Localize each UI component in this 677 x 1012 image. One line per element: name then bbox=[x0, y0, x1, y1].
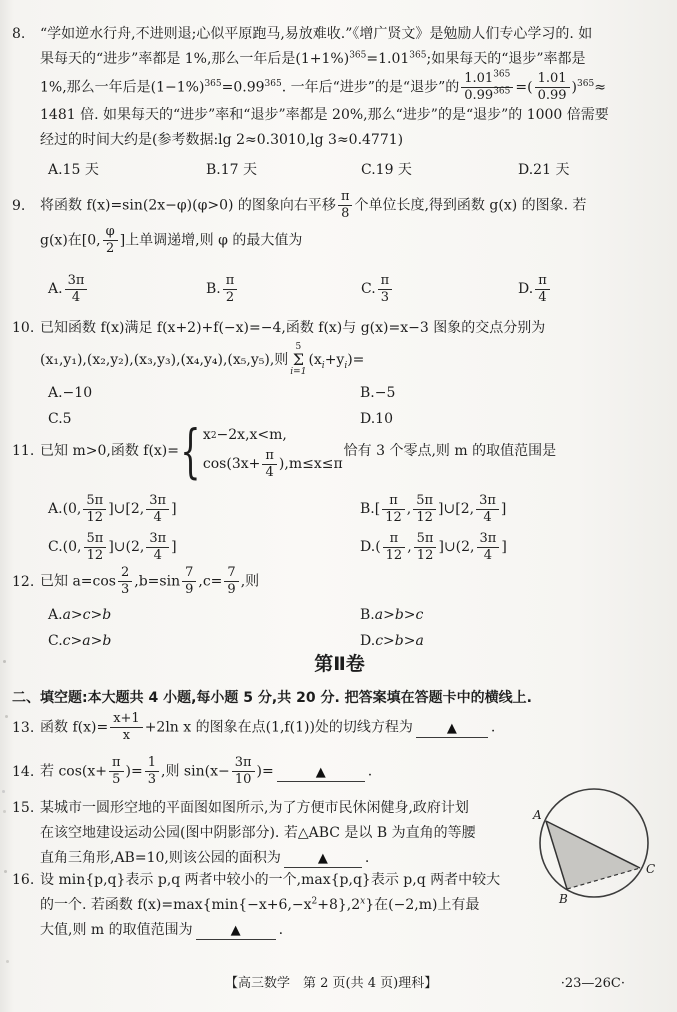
option-c: C.π3 bbox=[361, 274, 518, 305]
option-a: A.15 天 bbox=[48, 158, 206, 183]
option-c: C.(0,5π12]∪(2,3π4] bbox=[48, 532, 360, 563]
fraction: 3π4 bbox=[476, 494, 499, 525]
option-c: C.c>a>b bbox=[48, 629, 360, 654]
question-text-line: 8.“学如逆水行舟,不进则退;心似平原跑马,易放难收.”《增广贤文》是勉励人们专… bbox=[12, 22, 677, 47]
exponent: 365 bbox=[204, 79, 221, 89]
question-text-line: 11.已知 m>0,函数 f(x)={x2−2x,x<m,cos(3x+π4),… bbox=[12, 423, 677, 480]
question-13: 13.函数 f(x)=x+1x+2ln x 的图象在点(1,f(1))处的切线方… bbox=[12, 712, 677, 743]
question-text-line: 经过的时间大约是(参考数据:lg 2≈0.3010,lg 3≈0.4771) bbox=[40, 128, 677, 153]
fraction: 5π12 bbox=[413, 494, 436, 525]
piecewise-row: cos(3x+π4),m≤x≤π bbox=[203, 449, 343, 480]
question-text-line: (x₁,y₁),(x₂,y₂),(x₃,y₃),(x₄,y₄),(x₅,y₅),… bbox=[40, 343, 677, 377]
question-text-line: 在该空地建设运动公园(图中阴影部分). 若△ABC 是以 B 为直角的等腰 bbox=[40, 821, 548, 846]
circle-park-figure: A B C bbox=[531, 781, 665, 909]
curly-brace: { bbox=[180, 427, 200, 476]
fraction: π4 bbox=[535, 274, 550, 305]
fraction: 1.013650.99365 bbox=[461, 72, 513, 103]
exponent: 365 bbox=[577, 79, 594, 89]
fraction: π3 bbox=[378, 274, 393, 305]
exponent: 365 bbox=[493, 87, 510, 97]
fraction: 3π4 bbox=[477, 532, 500, 563]
option-b: B.[π12,5π12]∪[2,3π4] bbox=[360, 494, 677, 525]
question-8: 8.“学如逆水行舟,不进则退;心似平原跑马,易放难收.”《增广贤文》是勉励人们专… bbox=[12, 22, 677, 183]
footer-page-info: 【高三数学 第 2 页(共 4 页)理科】 bbox=[225, 971, 437, 996]
options-grid: A.(0,5π12]∪[2,3π4] B.[π12,5π12]∪[2,3π4] … bbox=[12, 488, 677, 563]
option-b: B.17 天 bbox=[206, 158, 361, 183]
option-a: A.−10 bbox=[48, 381, 360, 406]
fraction: π12 bbox=[383, 532, 406, 563]
option-b: B.π2 bbox=[206, 274, 361, 305]
option-d: D.c>b>a bbox=[360, 629, 677, 654]
fraction: 3π4 bbox=[146, 494, 169, 525]
fraction: π12 bbox=[382, 494, 405, 525]
answer-blank: ▲ bbox=[277, 764, 365, 782]
piecewise-function: {x2−2x,x<m,cos(3x+π4),m≤x≤π bbox=[180, 423, 343, 480]
fraction: 5π12 bbox=[84, 532, 107, 563]
question-text-line: 13.函数 f(x)=x+1x+2ln x 的图象在点(1,f(1))处的切线方… bbox=[12, 712, 677, 743]
question-number: 10. bbox=[12, 316, 40, 341]
page-footer: 【高三数学 第 2 页(共 4 页)理科】 ·23—26C· bbox=[0, 971, 677, 996]
point-label-b: B bbox=[558, 892, 568, 906]
option-d: D.π4 bbox=[518, 274, 677, 305]
answer-marker: ▲ bbox=[318, 851, 328, 866]
option-a: A.(0,5π12]∪[2,3π4] bbox=[48, 494, 360, 525]
fraction: π4 bbox=[262, 449, 277, 480]
question-text-line: 10.已知函数 f(x)满足 f(x+2)+f(−x)=−4,函数 f(x)与 … bbox=[12, 316, 677, 341]
question-text-line: 16.设 min{p,q}表示 p,q 两者中较小的一个,max{p,q}表示 … bbox=[12, 868, 548, 893]
question-10: 10.已知函数 f(x)满足 f(x+2)+f(−x)=−4,函数 f(x)与 … bbox=[12, 316, 677, 432]
fraction: 5π12 bbox=[414, 532, 437, 563]
section-title: 第Ⅱ卷 bbox=[12, 652, 667, 677]
question-number: 8. bbox=[12, 22, 40, 47]
question-text-line: g(x)在[0,φ2]上单调递增,则 φ 的最大值为 bbox=[40, 225, 677, 256]
point-label-c: C bbox=[646, 862, 655, 876]
answer-blank: ▲ bbox=[196, 922, 276, 940]
exponent: 365 bbox=[265, 79, 282, 89]
question-12: 12.已知 a=cos23,b=sin79,c=79,则 A.a>c>b B.a… bbox=[12, 566, 677, 654]
answer-marker: ▲ bbox=[447, 721, 457, 736]
fraction: x+1x bbox=[110, 712, 143, 743]
fraction: π8 bbox=[338, 190, 353, 221]
question-11: 11.已知 m>0,函数 f(x)={x2−2x,x<m,cos(3x+π4),… bbox=[12, 423, 677, 563]
options-row: A.3π4 B.π2 C.π3 D.π4 bbox=[12, 268, 677, 305]
fraction: 79 bbox=[182, 566, 196, 597]
question-text-line: 1481 倍. 如果每天的“进步”率和“退步”率都是 20%,那么“进步”的是“… bbox=[40, 103, 677, 128]
fraction: 79 bbox=[224, 566, 238, 597]
question-text-line: 9.将函数 f(x)=sin(2x−φ)(φ>0) 的图象向右平移π8个单位长度… bbox=[12, 190, 677, 221]
exponent: 365 bbox=[349, 50, 366, 60]
question-text-line: 果每天的“进步”率都是 1%,那么一年后是(1+1%)365=1.01365;如… bbox=[40, 47, 677, 72]
option-d: D.(π12,5π12]∪(2,3π4] bbox=[360, 532, 677, 563]
options-grid: A.a>c>b B.a>b>c C.c>a>b D.c>b>a bbox=[12, 603, 677, 654]
question-number: 11. bbox=[12, 439, 40, 464]
answer-blank: ▲ bbox=[284, 850, 362, 868]
fraction: 3π4 bbox=[65, 274, 88, 305]
option-a: A.a>c>b bbox=[48, 603, 360, 628]
question-text: “学如逆水行舟,不进则退;心似平原跑马,易放难收.”《增广贤文》是勉励人们专心学… bbox=[40, 26, 592, 42]
question-text-line: 大值,则 m 的取值范围为▲. bbox=[40, 918, 548, 943]
piecewise-row: x2−2x,x<m, bbox=[203, 423, 343, 448]
question-text-line: 1%,那么一年后是(1−1%)365=0.99365. 一年后“进步”的是“退步… bbox=[40, 72, 677, 103]
fraction: 3π10 bbox=[232, 756, 255, 787]
shaded-triangle bbox=[546, 821, 640, 889]
question-text-line: 的一个. 若函数 f(x)=max{min{−x+6,−x2+8},2x}在(−… bbox=[40, 893, 548, 918]
answer-blank: ▲ bbox=[416, 720, 488, 738]
question-text-line: 15.某城市一圆形空地的平面图如图所示,为了方便市民休闲健身,政府计划 bbox=[12, 796, 548, 821]
options-row: A.15 天 B.17 天 C.19 天 D.21 天 bbox=[12, 158, 677, 183]
question-number: 12. bbox=[12, 570, 40, 595]
footer-paper-code: ·23—26C· bbox=[561, 971, 625, 996]
option-b: B.−5 bbox=[360, 381, 677, 406]
question-16: 16.设 min{p,q}表示 p,q 两者中较小的一个,max{p,q}表示 … bbox=[12, 868, 548, 943]
question-text-line: 12.已知 a=cos23,b=sin79,c=79,则 bbox=[12, 566, 677, 597]
summation-symbol: 5Σi=1 bbox=[290, 343, 306, 377]
question-number: 15. bbox=[12, 796, 40, 821]
exam-page: 8.“学如逆水行舟,不进则退;心似平原跑马,易放难收.”《增广贤文》是勉励人们专… bbox=[0, 0, 677, 1012]
exponent: 365 bbox=[493, 70, 510, 80]
option-c: C.19 天 bbox=[361, 158, 518, 183]
fraction: φ2 bbox=[103, 225, 118, 256]
point-label-a: A bbox=[532, 808, 542, 822]
option-d: D.21 天 bbox=[518, 158, 677, 183]
fraction: π2 bbox=[223, 274, 238, 305]
question-number: 16. bbox=[12, 868, 40, 893]
fraction: 5π12 bbox=[83, 494, 106, 525]
option-b: B.a>b>c bbox=[360, 603, 677, 628]
answer-marker: ▲ bbox=[231, 923, 241, 938]
exponent: 365 bbox=[409, 50, 426, 60]
question-15: 15.某城市一圆形空地的平面图如图所示,为了方便市民休闲健身,政府计划 在该空地… bbox=[12, 796, 548, 871]
fraction: 13 bbox=[145, 756, 159, 787]
question-number: 14. bbox=[12, 760, 40, 785]
fraction: π5 bbox=[109, 756, 124, 787]
fraction: 23 bbox=[118, 566, 132, 597]
scan-speckle bbox=[3, 660, 6, 663]
section-instructions: 二、填空题:本大题共 4 小题,每小题 5 分,共 20 分. 把答案填在答题卡… bbox=[12, 686, 667, 711]
question-number: 9. bbox=[12, 194, 40, 219]
answer-marker: ▲ bbox=[316, 765, 326, 780]
question-number: 13. bbox=[12, 716, 40, 741]
fraction: 3π4 bbox=[146, 532, 169, 563]
fraction: 1.010.99 bbox=[535, 72, 570, 103]
option-a: A.3π4 bbox=[48, 274, 206, 305]
question-9: 9.将函数 f(x)=sin(2x−φ)(φ>0) 的图象向右平移π8个单位长度… bbox=[12, 190, 677, 305]
